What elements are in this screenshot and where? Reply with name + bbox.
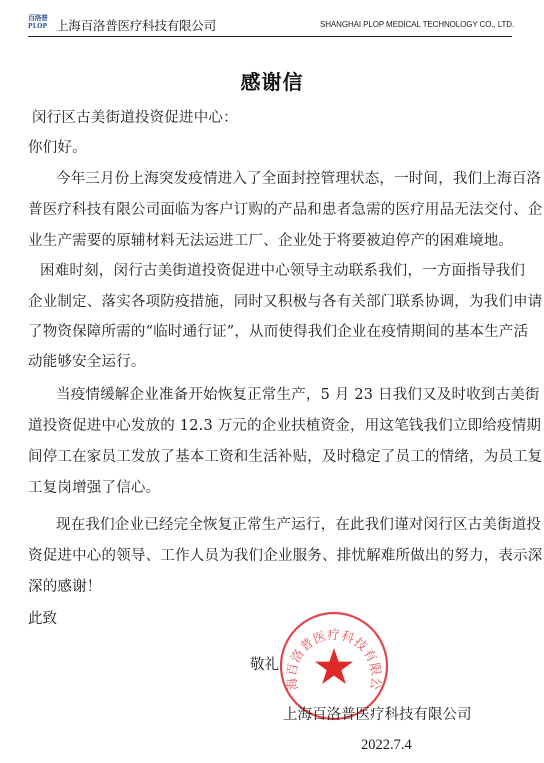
paragraph-3-line-2: 道投资促进中心发放的 12.3 万元的企业扶植资金，用这笔钱我们立即给疫情期 <box>28 414 508 435</box>
logo-chinese-text: 百洛普 <box>28 14 48 22</box>
logo-english-text: PLOP <box>28 23 47 30</box>
header-company-name-en: SHANGHAI PLOP MEDICAL TECHNOLOGY CO., LT… <box>320 20 514 29</box>
paragraph-4-line-3: 深的感谢！ <box>28 575 508 596</box>
paragraph-1-line-2: 普医疗科技有限公司面临为客户订购的产品和患者急需的医疗用品无法交付、企 <box>28 198 508 219</box>
paragraph-2-line-1: 困难时刻，闵行古美街道投资促进中心领导主动联系我们，一方面指导我们 <box>40 259 508 280</box>
paragraph-2-line-2: 企业制定、落实各项防疫措施，同时又积极与各有关部门联系协调，为我们申请 <box>28 290 508 311</box>
paragraph-2-line-3: 了物资保障所需的“临时通行证”，从而使得我们企业在疫情期间的基本生产活 <box>28 320 508 341</box>
paragraph-3-line-1: 当疫情缓解企业准备开始恢复正常生产，5 月 23 日我们又及时收到古美街 <box>56 383 508 404</box>
signature-company-name: 上海百洛普医疗科技有限公司 <box>283 703 472 724</box>
seal-text: 上海百洛普医疗科技有限公司 <box>278 610 384 692</box>
seal-star-icon <box>315 648 353 684</box>
closing-regards: 敬礼 <box>250 653 279 674</box>
paragraph-4-line-1: 现在我们企业已经完全恢复正常生产运行，在此我们谨对闵行区古美街道投 <box>56 513 508 534</box>
header-divider <box>28 36 512 37</box>
letter-title: 感谢信 <box>0 66 544 95</box>
paragraph-1-line-1: 今年三月份上海突发疫情进入了全面封控管理状态，一时间，我们上海百洛 <box>56 167 508 188</box>
company-logo: 百洛普 PLOP <box>28 14 56 34</box>
letter-recipient: 闵行区古美街道投资促进中心： <box>32 106 238 127</box>
header-company-name-cn: 上海百洛普医疗科技有限公司 <box>56 16 216 34</box>
paragraph-2-line-4: 动能够安全运行。 <box>28 350 508 371</box>
paragraph-3-line-4: 工复岗增强了信心。 <box>28 476 508 497</box>
paragraph-3-line-3: 间停工在家员工发放了基本工资和生活补贴，及时稳定了员工的情绪，为员工复 <box>28 445 508 466</box>
closing-salutation: 此致 <box>28 607 57 628</box>
paragraph-1-line-3: 业生产需要的原辅材料无法运进工厂、企业处于将要被迫停产的困难境地。 <box>28 229 508 250</box>
letter-greeting: 你们好。 <box>28 136 87 157</box>
paragraph-4-line-2: 资促进中心的领导、工作人员为我们企业服务、排忧解难所做出的努力，表示深 <box>28 544 508 565</box>
letter-date: 2022.7.4 <box>361 737 412 754</box>
